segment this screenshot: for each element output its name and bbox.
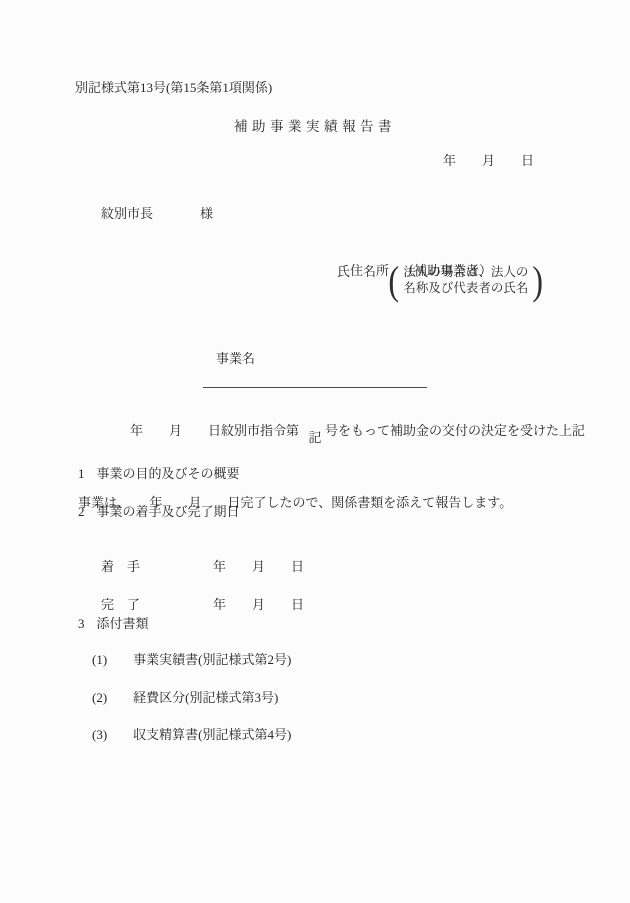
item-3-number: 3 — [78, 616, 85, 632]
addressee-line: 紋別市長様 — [88, 190, 213, 239]
end-date-blanks: 年 月 日 — [213, 597, 304, 612]
applicant-name-line: 氏 名 ( 法人の場合は、法人の名称及び代表者の氏名 ) — [337, 264, 545, 297]
form-number: 別記様式第13号(第15条第1項関係) — [75, 80, 272, 96]
report-date-blanks: 年 月 日 — [443, 153, 534, 169]
corporate-name-note-line1: 法人の場合は、法人の — [403, 265, 528, 279]
close-paren-glyph: ) — [533, 264, 544, 297]
item-3-label: 添付書類 — [97, 616, 149, 632]
list-item-3: 3 添付書類 — [78, 616, 149, 632]
ki-heading: 記 — [0, 430, 630, 446]
attachment-1-number: (1) — [92, 652, 107, 668]
end-date-label: 完 了 — [101, 597, 213, 613]
list-item-1: 1 事業の目的及びその概要 — [78, 466, 240, 482]
attachment-2-label: 経費区分(別記様式第3号) — [133, 690, 278, 706]
attachment-3-label: 収支精算書(別記様式第4号) — [133, 727, 291, 743]
start-date-label: 着 手 — [101, 559, 213, 575]
addressee-honorific: 様 — [200, 206, 213, 221]
item-1-label: 事業の目的及びその概要 — [97, 466, 240, 482]
open-paren-glyph: ( — [388, 264, 399, 297]
attachment-item-1: (1) 事業実績書(別記様式第2号) — [92, 652, 291, 668]
list-item-2: 2 事業の着手及び完了期日 — [78, 504, 240, 520]
corporate-name-note-line2: 名称及び代表者の氏名 — [403, 281, 528, 295]
attachment-2-number: (2) — [92, 690, 107, 706]
attachment-item-3: (3) 収支精算書(別記様式第4号) — [92, 727, 291, 743]
name-label: 氏 名 — [337, 264, 376, 280]
attachment-3-number: (3) — [92, 727, 107, 743]
attachment-item-2: (2) 経費区分(別記様式第3号) — [92, 690, 278, 706]
start-date-blanks: 年 月 日 — [213, 559, 304, 574]
document-page: 別記様式第13号(第15条第1項関係) 補助事業実績報告書 年 月 日 紋別市長… — [0, 0, 630, 903]
document-title: 補助事業実績報告書 — [0, 119, 630, 136]
attachment-1-label: 事業実績書(別記様式第2号) — [133, 652, 291, 668]
item-2-label: 事業の着手及び完了期日 — [97, 504, 240, 520]
item-1-number: 1 — [78, 466, 85, 482]
item-2-number: 2 — [78, 504, 85, 520]
corporate-name-note: 法人の場合は、法人の名称及び代表者の氏名 — [400, 264, 531, 296]
project-name-label: 事業名 — [216, 351, 255, 366]
addressee-name: 紋別市長 — [101, 206, 153, 221]
